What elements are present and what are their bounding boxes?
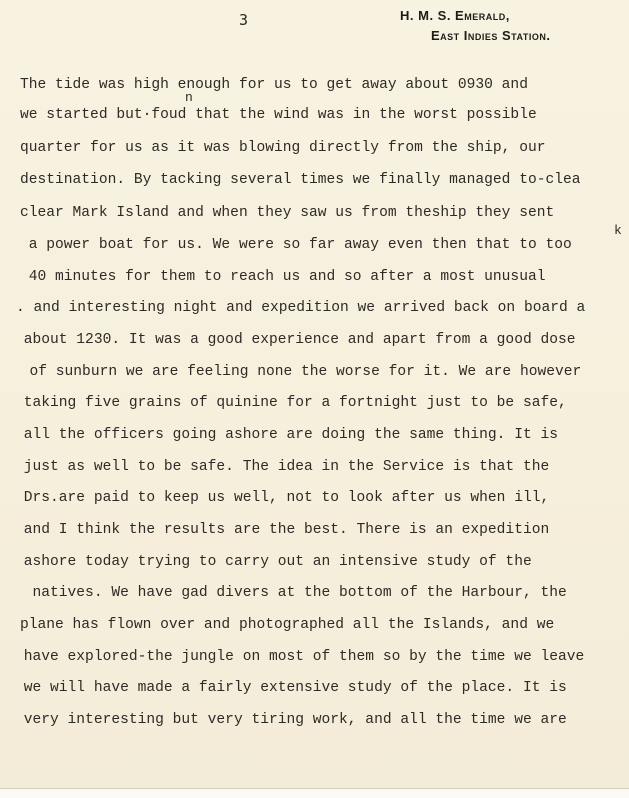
letter-body: The tide was high enough for us to get a…	[0, 76, 629, 444]
text-line: natives. We have gad divers at the botto…	[15, 584, 567, 602]
letterhead-ship: H. M. S. Emerald,	[400, 8, 550, 23]
text-line: very interesting but very tiring work, a…	[15, 711, 567, 729]
letterhead-station: East Indies Station.	[431, 28, 550, 43]
text-line: plane has flown over and photographed al…	[20, 616, 554, 634]
text-line: just as well to be safe. The idea in the…	[15, 458, 549, 476]
text-line: destination. By tacking several times we…	[20, 171, 581, 189]
text-line: we will have made a fairly extensive stu…	[15, 679, 567, 697]
text-line: Drs.are paid to keep us well, not to loo…	[15, 489, 549, 507]
text-line: ashore today trying to carry out an inte…	[15, 553, 532, 571]
letterhead: H. M. S. Emerald, East Indies Station.	[400, 8, 550, 43]
text-line: taking five grains of quinine for a fort…	[15, 394, 567, 412]
text-line: The tide was high enough for us to get a…	[20, 76, 528, 94]
text-line: about 1230. It was a good experience and…	[15, 331, 576, 349]
text-line: 40 minutes for them to reach us and so a…	[20, 268, 545, 286]
text-line: of sunburn we are feeling none the worse…	[12, 363, 581, 381]
page-number: 3	[239, 11, 248, 29]
text-line: quarter for us as it was blowing directl…	[20, 139, 545, 157]
text-line: we started but·foud that the wind was in…	[20, 106, 537, 124]
text-line: and I think the results are the best. Th…	[15, 521, 549, 539]
letter-page: 3 H. M. S. Emerald, East Indies Station.…	[0, 0, 629, 789]
background-strip	[0, 789, 629, 798]
text-line: have explored-the jungle on most of them…	[15, 648, 584, 666]
text-line: clear Mark Island and when they saw us f…	[20, 204, 554, 222]
text-line: all the officers going ashore are doing …	[15, 426, 558, 444]
text-line: a power boat for us. We were so far away…	[20, 236, 572, 254]
text-line: . and interesting night and expedition w…	[16, 299, 585, 317]
